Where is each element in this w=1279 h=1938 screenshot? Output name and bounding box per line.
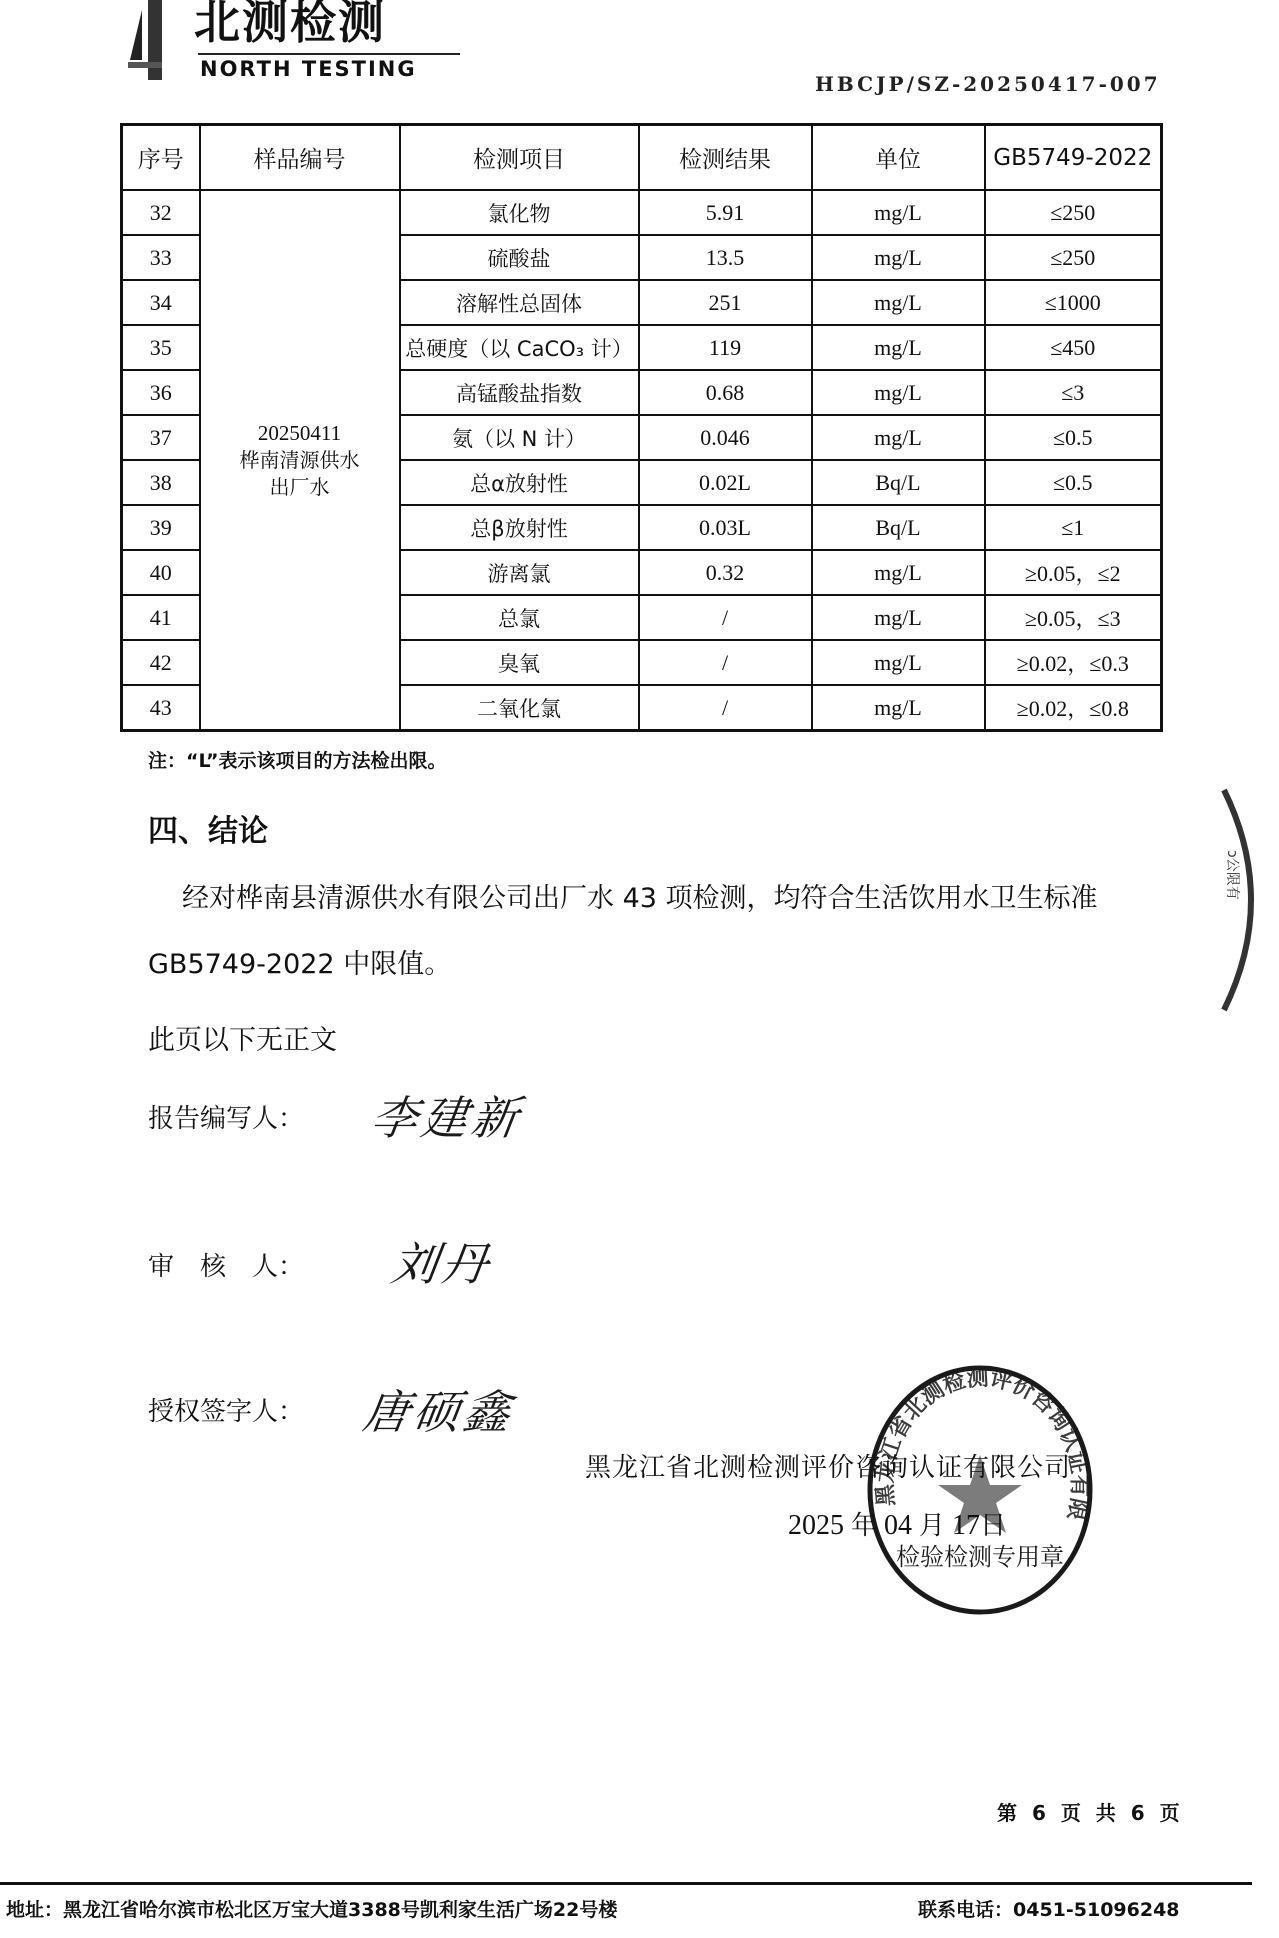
date-month-unit: 月 <box>919 1511 945 1541</box>
col-header-no: 序号 <box>122 125 200 191</box>
row-item: 总α放射性 <box>400 460 639 505</box>
report-number: HBCJP/SZ-20250417-007 <box>815 72 1161 96</box>
row-no: 37 <box>122 415 200 460</box>
row-unit: mg/L <box>812 370 985 415</box>
seam-stamp-icon: ɔ公限有 <box>1216 780 1279 1020</box>
col-header-standard: GB5749-2022 <box>985 125 1162 191</box>
row-unit: mg/L <box>812 280 985 325</box>
row-limit: ≤1000 <box>985 280 1162 325</box>
end-of-text-marker: 此页以下无正文 <box>148 1018 337 1057</box>
date-month: 04 <box>884 1510 912 1541</box>
footer-phone: 联系电话：0451-51096248 <box>918 1895 1180 1922</box>
row-item: 二氧化氯 <box>400 685 639 731</box>
row-no: 33 <box>122 235 200 280</box>
signature-authorizer: 唐硕鑫 <box>359 1376 518 1442</box>
row-item: 溶解性总固体 <box>400 280 639 325</box>
logo-chinese-text: 北测检测 <box>194 0 386 50</box>
row-limit: ≥0.05，≤3 <box>985 595 1162 640</box>
logo-english-text: NORTH TESTING <box>200 57 417 81</box>
row-limit: ≤250 <box>985 235 1162 280</box>
table-row: 32 20250411 桦南清源供水 出厂水 氯化物 5.91 mg/L ≤25… <box>122 190 1162 235</box>
row-result: / <box>639 640 812 685</box>
sample-name-line1: 桦南清源供水 <box>201 447 399 474</box>
col-header-unit: 单位 <box>812 125 985 191</box>
signature-label-reviewer: 审 核 人： <box>148 1246 304 1283</box>
row-item: 硫酸盐 <box>400 235 639 280</box>
row-result: 13.5 <box>639 235 812 280</box>
row-result: 251 <box>639 280 812 325</box>
issuer-company: 黑龙江省北测检测评价咨询认证有限公司 <box>585 1447 1071 1484</box>
row-limit: ≤0.5 <box>985 415 1162 460</box>
row-result: 119 <box>639 325 812 370</box>
row-item: 总β放射性 <box>400 505 639 550</box>
row-limit: ≤0.5 <box>985 460 1162 505</box>
row-unit: mg/L <box>812 325 985 370</box>
row-result: 0.03L <box>639 505 812 550</box>
row-item: 游离氯 <box>400 550 639 595</box>
row-item: 高锰酸盐指数 <box>400 370 639 415</box>
page-number: 第 6 页 共 6 页 <box>997 1797 1184 1826</box>
date-year-unit: 年 <box>851 1511 877 1541</box>
conclusion-heading: 四、结论 <box>148 806 268 850</box>
row-result: 0.046 <box>639 415 812 460</box>
row-no: 38 <box>122 460 200 505</box>
sample-cell: 20250411 桦南清源供水 出厂水 <box>200 190 400 731</box>
results-table: 序号 样品编号 检测项目 检测结果 单位 GB5749-2022 32 2025… <box>120 123 1163 732</box>
row-limit: ≤250 <box>985 190 1162 235</box>
row-result: / <box>639 685 812 731</box>
footer-address: 地址：黑龙江省哈尔滨市松北区万宝大道3388号凯利家生活广场22号楼 <box>6 1895 617 1922</box>
row-limit: ≤1 <box>985 505 1162 550</box>
row-result: 0.68 <box>639 370 812 415</box>
official-stamp-icon: 黑龙江省北测检测评价咨询认证有限公司 检验检测专用章 <box>860 1360 1100 1620</box>
row-no: 34 <box>122 280 200 325</box>
signature-label-authorizer: 授权签字人： <box>148 1391 304 1428</box>
row-result: 0.32 <box>639 550 812 595</box>
row-unit: Bq/L <box>812 505 985 550</box>
signature-label-author: 报告编写人： <box>148 1098 304 1135</box>
signature-reviewer: 刘丹 <box>387 1228 496 1294</box>
row-limit: ≥0.05，≤2 <box>985 550 1162 595</box>
row-item: 氨（以 N 计） <box>400 415 639 460</box>
company-logo: 北测检测 NORTH TESTING <box>128 0 478 88</box>
col-header-sample: 样品编号 <box>200 125 400 191</box>
row-limit: ≤3 <box>985 370 1162 415</box>
svg-text:检验检测专用章: 检验检测专用章 <box>896 1543 1064 1571</box>
footer-divider <box>0 1882 1252 1885</box>
row-result: / <box>639 595 812 640</box>
row-no: 41 <box>122 595 200 640</box>
sample-id: 20250411 <box>201 420 399 447</box>
table-note: 注：“L”表示该项目的方法检出限。 <box>148 746 447 773</box>
row-unit: mg/L <box>812 415 985 460</box>
row-unit: mg/L <box>812 235 985 280</box>
sample-name-line2: 出厂水 <box>201 474 399 501</box>
row-item: 总硬度（以 CaCO₃ 计） <box>400 325 639 370</box>
row-unit: mg/L <box>812 190 985 235</box>
row-limit: ≤450 <box>985 325 1162 370</box>
row-no: 32 <box>122 190 200 235</box>
row-no: 43 <box>122 685 200 731</box>
col-header-item: 检测项目 <box>400 125 639 191</box>
logo-divider <box>198 53 460 55</box>
row-no: 39 <box>122 505 200 550</box>
row-unit: mg/L <box>812 550 985 595</box>
row-item: 臭氧 <box>400 640 639 685</box>
row-no: 35 <box>122 325 200 370</box>
col-header-result: 检测结果 <box>639 125 812 191</box>
row-no: 36 <box>122 370 200 415</box>
row-result: 0.02L <box>639 460 812 505</box>
row-unit: mg/L <box>812 595 985 640</box>
row-unit: Bq/L <box>812 460 985 505</box>
date-day: 17 <box>952 1510 980 1541</box>
date-day-unit: 日 <box>980 1511 1006 1541</box>
logo-mark-icon <box>128 0 170 80</box>
row-item: 总氯 <box>400 595 639 640</box>
row-unit: mg/L <box>812 685 985 731</box>
svg-text:ɔ公限有: ɔ公限有 <box>1224 850 1240 900</box>
row-item: 氯化物 <box>400 190 639 235</box>
date-year: 2025 <box>788 1510 844 1541</box>
row-no: 42 <box>122 640 200 685</box>
conclusion-text: 经对桦南县清源供水有限公司出厂水 43 项检测，均符合生活饮用水卫生标准 GB5… <box>148 866 1148 998</box>
row-no: 40 <box>122 550 200 595</box>
table-header-row: 序号 样品编号 检测项目 检测结果 单位 GB5749-2022 <box>122 125 1162 191</box>
row-limit: ≥0.02，≤0.8 <box>985 685 1162 731</box>
row-unit: mg/L <box>812 640 985 685</box>
row-result: 5.91 <box>639 190 812 235</box>
row-limit: ≥0.02，≤0.3 <box>985 640 1162 685</box>
issue-date: 2025 年 04 月 17日 <box>788 1505 1006 1542</box>
signature-author: 李建新 <box>367 1082 526 1148</box>
